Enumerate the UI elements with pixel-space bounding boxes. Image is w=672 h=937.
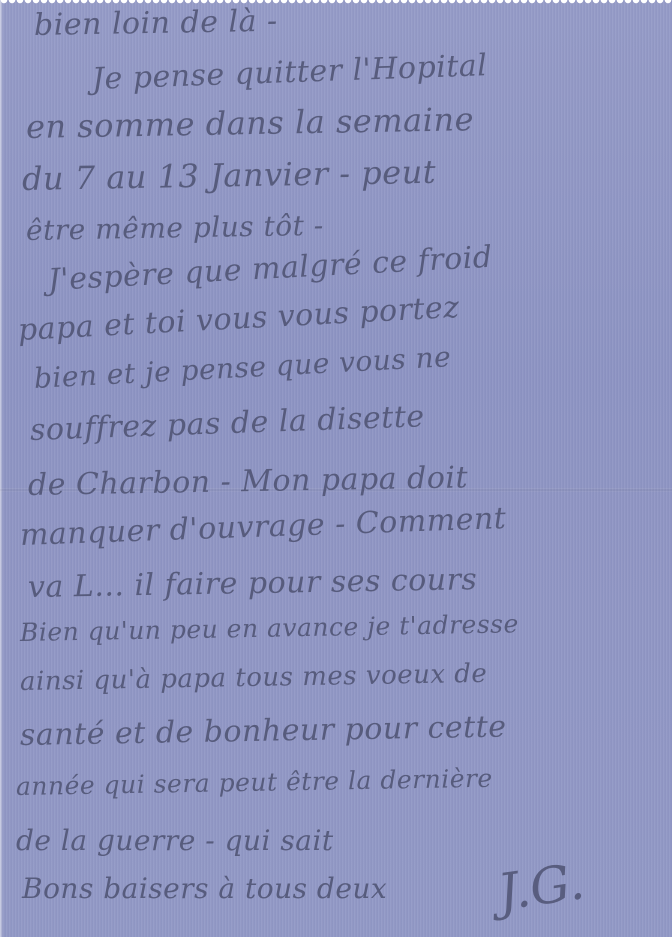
letter-line-11: manquer d'ouvrage - Comment <box>19 501 506 553</box>
letter-line-16: année qui sera peut être la dernière <box>16 764 493 801</box>
letter-line-7: papa et toi vous vous portez <box>17 290 460 348</box>
letter-line-9: souffrez pas de la disette <box>29 399 425 448</box>
signature: J.G. <box>494 852 587 921</box>
letter-line-1: bien loin de là - <box>34 4 278 43</box>
letter-line-5: être même plus tôt - <box>26 209 324 247</box>
letter-line-10: de Charbon - Mon papa doit <box>28 460 469 503</box>
letter-line-6: J'espère que malgré ce froid <box>47 240 493 298</box>
letter-line-2: Je pense quitter l'Hopital <box>91 48 488 97</box>
letter-line-8: bien et je pense que vous ne <box>33 340 452 395</box>
letter-line-3: en somme dans la semaine <box>26 100 475 146</box>
letter-line-15: santé et de bonheur pour cette <box>20 710 507 753</box>
perforated-top-edge <box>0 0 672 5</box>
letter-line-14: ainsi qu'à papa tous mes voeux de <box>20 659 488 697</box>
letter-line-12: va L... il faire pour ses cours <box>28 562 478 605</box>
letter-line-18: Bons baisers à tous deux <box>22 872 387 905</box>
letter-line-4: du 7 au 13 Janvier - peut <box>22 153 437 198</box>
letter-line-13: Bien qu'un peu en avance je t'adresse <box>20 609 519 647</box>
letter-line-17: de la guerre - qui sait <box>16 824 334 857</box>
paper-left-edge <box>0 0 3 937</box>
letter-page: bien loin de là - Je pense quitter l'Hop… <box>0 0 672 937</box>
